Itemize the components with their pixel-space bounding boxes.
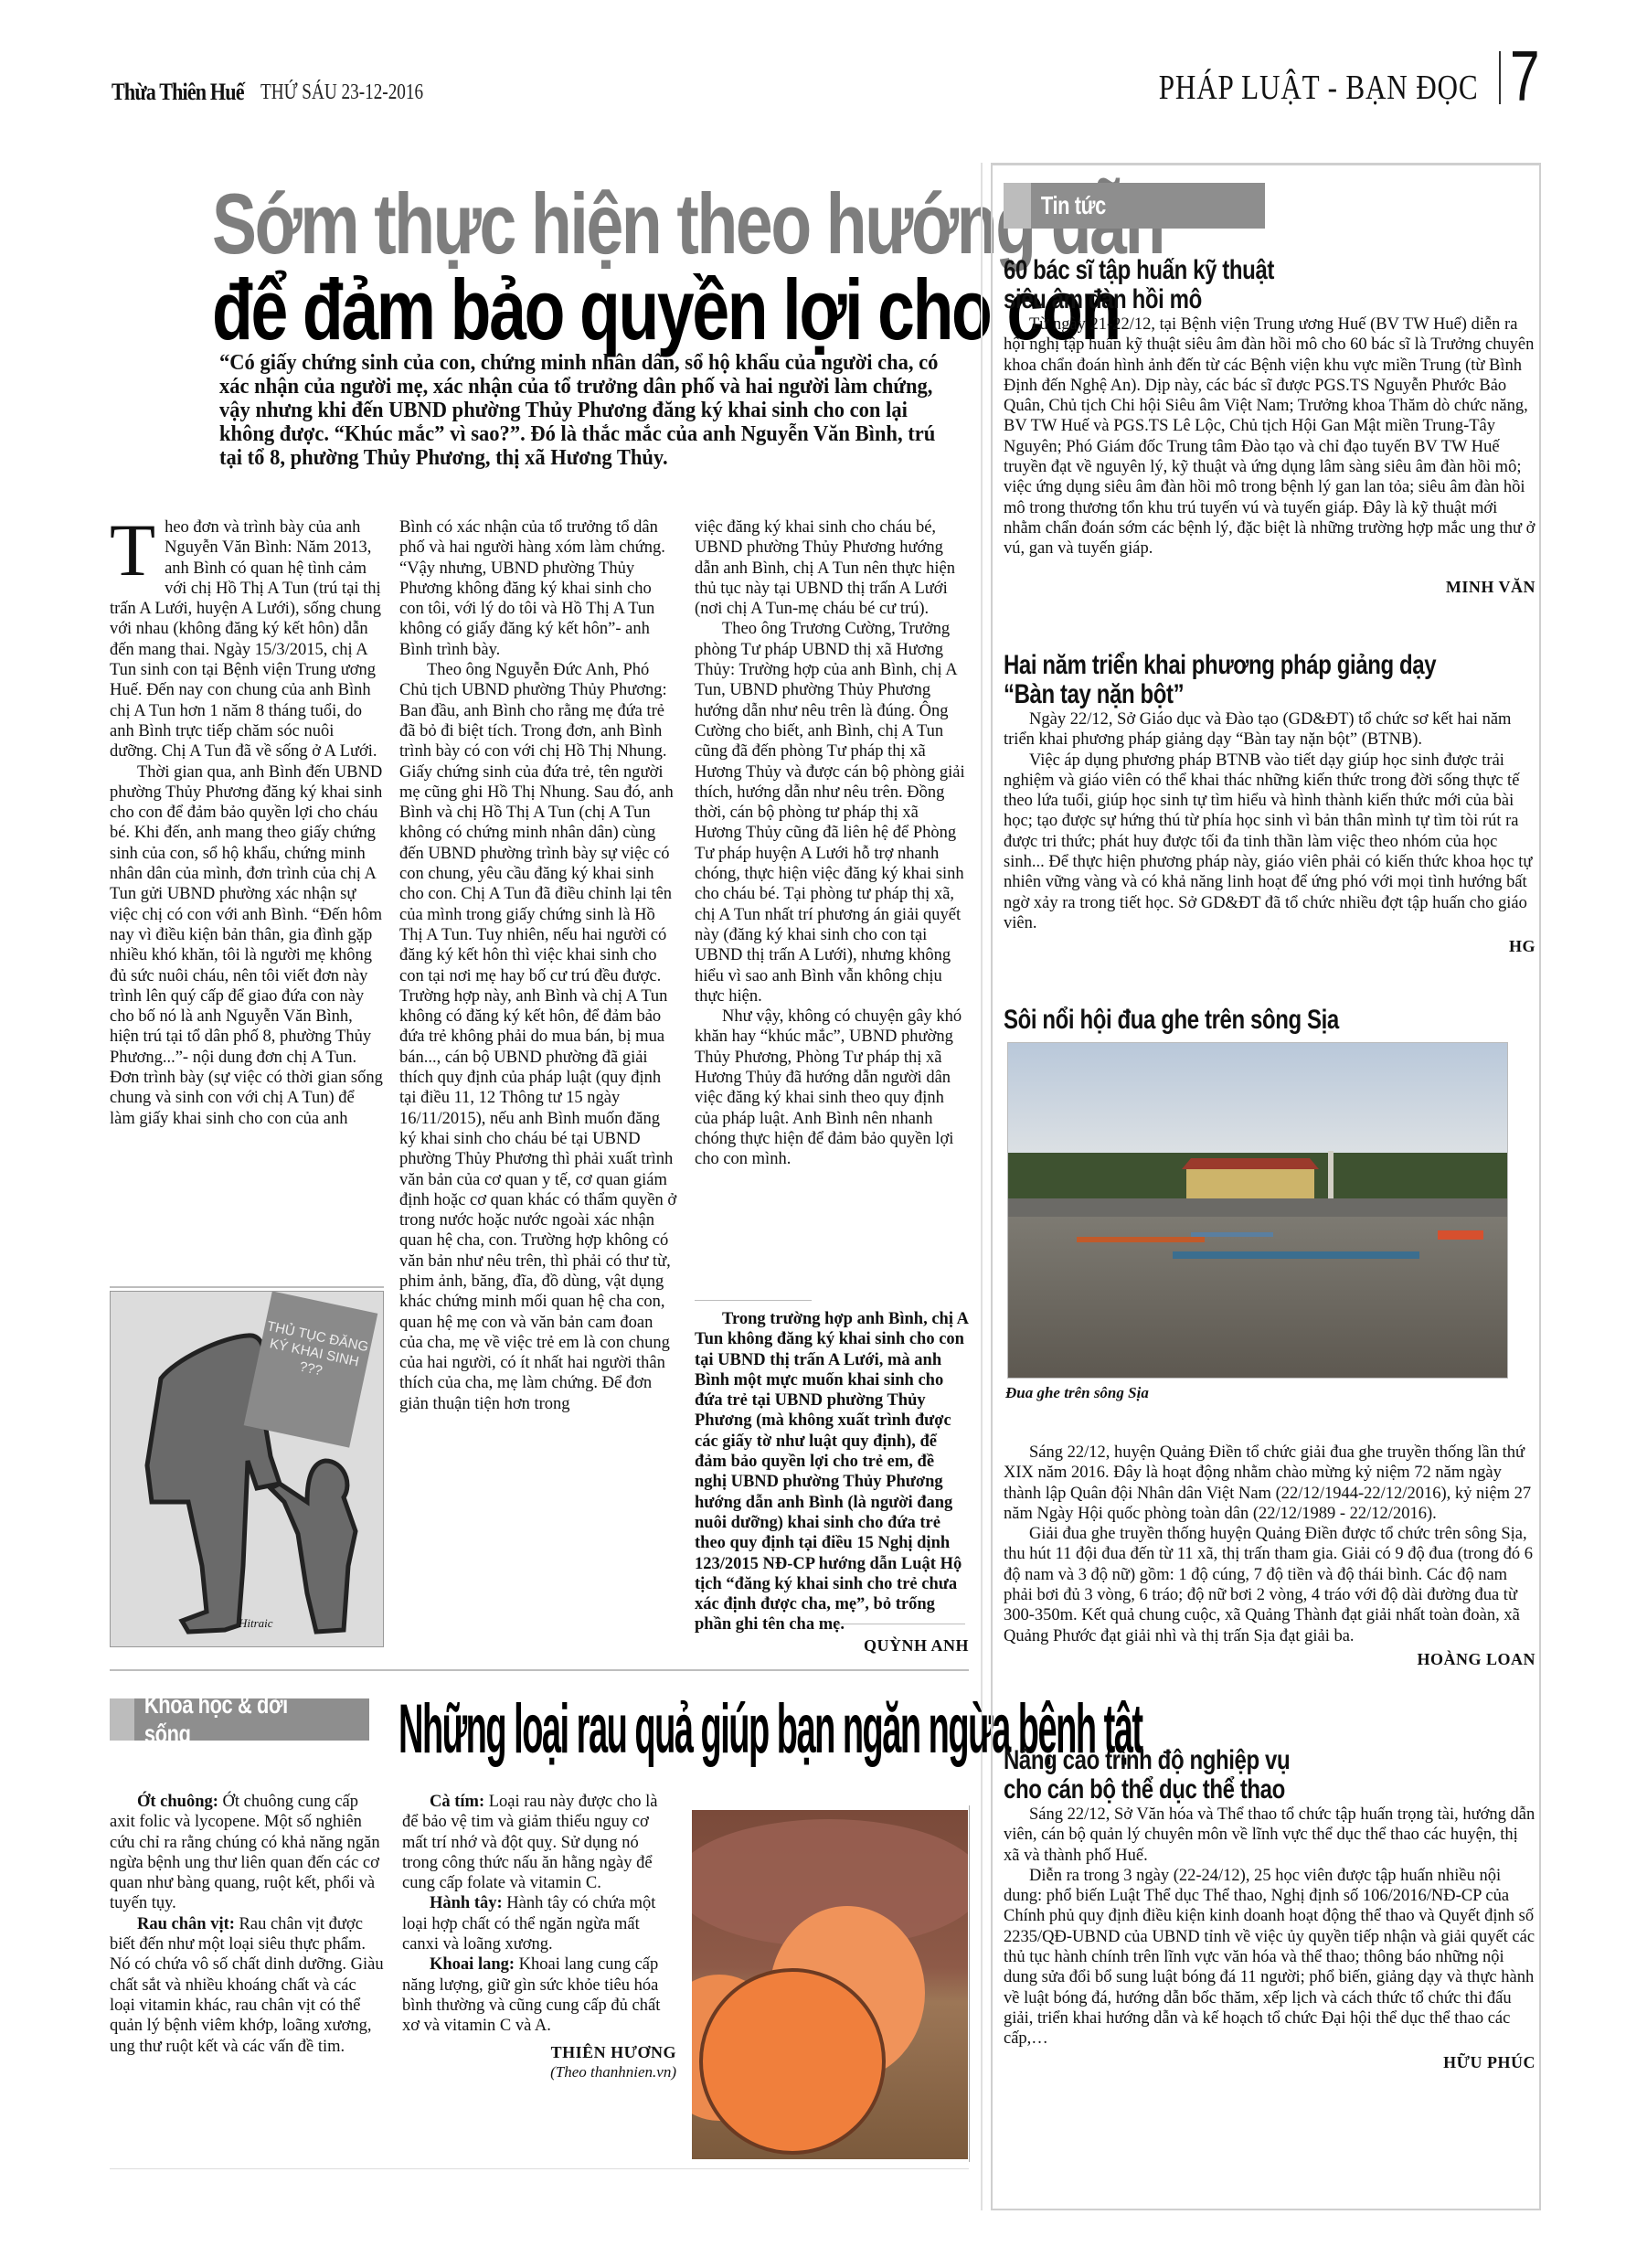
tag-stripe bbox=[110, 1698, 134, 1741]
main-column-2: Bình có xác nhận của tổ trưởng tổ dân ph… bbox=[399, 517, 679, 1414]
news-byline: HOÀNG LOAN bbox=[1004, 1650, 1535, 1669]
news-byline: MINH VĂN bbox=[1004, 578, 1535, 597]
news-title: Nâng cao trình độ nghiệp vụ bbox=[1004, 1746, 1429, 1775]
news-article-3: Sôi nổi hội đua ghe trên sông Sịa bbox=[1004, 1006, 1535, 1035]
divider bbox=[110, 1286, 384, 1288]
main-column-3: việc đăng ký khai sinh cho cháu bé, UBND… bbox=[695, 517, 969, 1170]
main-headline-line1: Sớm thực hiện theo hướng dẫn bbox=[212, 181, 996, 267]
divider bbox=[837, 1624, 965, 1624]
science-column-2: Cà tím: Loại rau này được cho là để bảo … bbox=[402, 1792, 676, 2082]
news-byline: HG bbox=[1004, 937, 1535, 956]
main-headline-line2: để đảm bảo quyền lợi cho con bbox=[212, 267, 996, 353]
artist-signature: Hitraic bbox=[239, 1616, 273, 1631]
highlight-note: Trong trường hợp anh Bình, chị A Tun khô… bbox=[695, 1309, 969, 1635]
main-column-1: Theo đơn và trình bày của anh Nguyễn Văn… bbox=[110, 517, 384, 1129]
news-title: Sôi nổi hội đua ghe trên sông Sịa bbox=[1004, 1006, 1429, 1035]
boat-race-photo bbox=[1007, 1042, 1508, 1379]
item-eggplant: Cà tím: Loại rau này được cho là để bảo … bbox=[402, 1792, 676, 1893]
main-col1-para1: Theo đơn và trình bày của anh Nguyễn Văn… bbox=[110, 517, 384, 762]
divider bbox=[969, 1805, 970, 2162]
tag-stripe bbox=[1004, 183, 1031, 229]
divider bbox=[695, 1300, 812, 1301]
issue-date: THỨ SÁU 23-12-2016 bbox=[260, 80, 423, 105]
main-col1-para2: Thời gian qua, anh Bình đến UBND phường … bbox=[110, 762, 384, 1129]
main-col3-para3: Như vậy, không có chuyện gây khó khăn ha… bbox=[695, 1006, 969, 1169]
news-article-2: Hai năm triển khai phương pháp giảng dạy… bbox=[1004, 651, 1535, 956]
section-tag-news: Tin tức bbox=[1004, 183, 1265, 229]
science-headline: Những loại rau quả giúp bạn ngăn ngừa bệ… bbox=[398, 1695, 993, 1764]
sweet-potato-image-icon bbox=[692, 1810, 968, 2159]
science-byline: THIÊN HƯƠNG bbox=[402, 2042, 676, 2062]
illustration-birth-registration: THỦ TỤC ĐĂNG KÝ KHAI SINH ??? Hitraic bbox=[110, 1291, 384, 1647]
main-byline: QUỲNH ANH bbox=[695, 1636, 969, 1656]
newspaper-name: Thừa Thiên Huế bbox=[112, 79, 244, 106]
main-col2-para1: Bình có xác nhận của tổ trưởng tổ dân ph… bbox=[399, 517, 679, 660]
news-title: cho cán bộ thể dục thể thao bbox=[1004, 1775, 1429, 1805]
photo-caption: Đua ghe trên sông Sịa bbox=[1005, 1384, 1149, 1402]
item-spinach: Rau chân vịt: Rau chân vịt được biết đến… bbox=[110, 1914, 384, 2057]
main-col3-para1: việc đăng ký khai sinh cho cháu bé, UBND… bbox=[695, 517, 969, 619]
news-article-4: Nâng cao trình độ nghiệp vụ cho cán bộ t… bbox=[1004, 1746, 1535, 2072]
section-divider bbox=[110, 1669, 969, 1671]
news-article-3-body: Sáng 22/12, huyện Quảng Điền tổ chức giả… bbox=[1004, 1443, 1535, 1669]
news-title: “Bàn tay nặn bột” bbox=[1004, 680, 1429, 709]
column-divider bbox=[981, 163, 983, 2210]
divider bbox=[110, 2168, 969, 2169]
news-title: siêu âm đàn hồi mô bbox=[1004, 285, 1429, 314]
item-bell-pepper: Ớt chuông: Ớt chuông cung cấp axit folic… bbox=[110, 1792, 384, 1914]
main-col3-para2: Theo ông Trương Cường, Trưởng phòng Tư p… bbox=[695, 619, 969, 1006]
item-sweet-potato: Khoai lang: Khoai lang cung cấp năng lượ… bbox=[402, 1954, 676, 2036]
header-divider bbox=[1499, 51, 1501, 104]
main-col2-para2: Theo ông Nguyễn Đức Anh, Phó Chủ tịch UB… bbox=[399, 660, 679, 1414]
news-byline: HỮU PHÚC bbox=[1004, 2053, 1535, 2072]
news-title: Hai năm triển khai phương pháp giảng dạy bbox=[1004, 651, 1429, 680]
science-source: (Theo thanhnien.vn) bbox=[402, 2062, 676, 2082]
section-tag-science: Khoa học & đời sống bbox=[110, 1698, 369, 1741]
drop-cap: T bbox=[110, 521, 155, 580]
item-onion: Hành tây: Hành tây có chứa một loại hợp … bbox=[402, 1893, 676, 1954]
section-title: PHÁP LUẬT - BẠN ĐỌC bbox=[1158, 68, 1478, 108]
boat-race-image-icon bbox=[1008, 1043, 1508, 1379]
sweet-potato-photo bbox=[692, 1810, 968, 2159]
news-title: 60 bác sĩ tập huấn kỹ thuật bbox=[1004, 256, 1429, 285]
main-lead: “Có giấy chứng sinh của con, chứng minh … bbox=[219, 351, 951, 470]
science-column-1: Ớt chuông: Ớt chuông cung cấp axit folic… bbox=[110, 1792, 384, 2057]
page-number: 7 bbox=[1510, 40, 1540, 112]
news-article-1: 60 bác sĩ tập huấn kỹ thuật siêu âm đàn … bbox=[1004, 256, 1535, 597]
